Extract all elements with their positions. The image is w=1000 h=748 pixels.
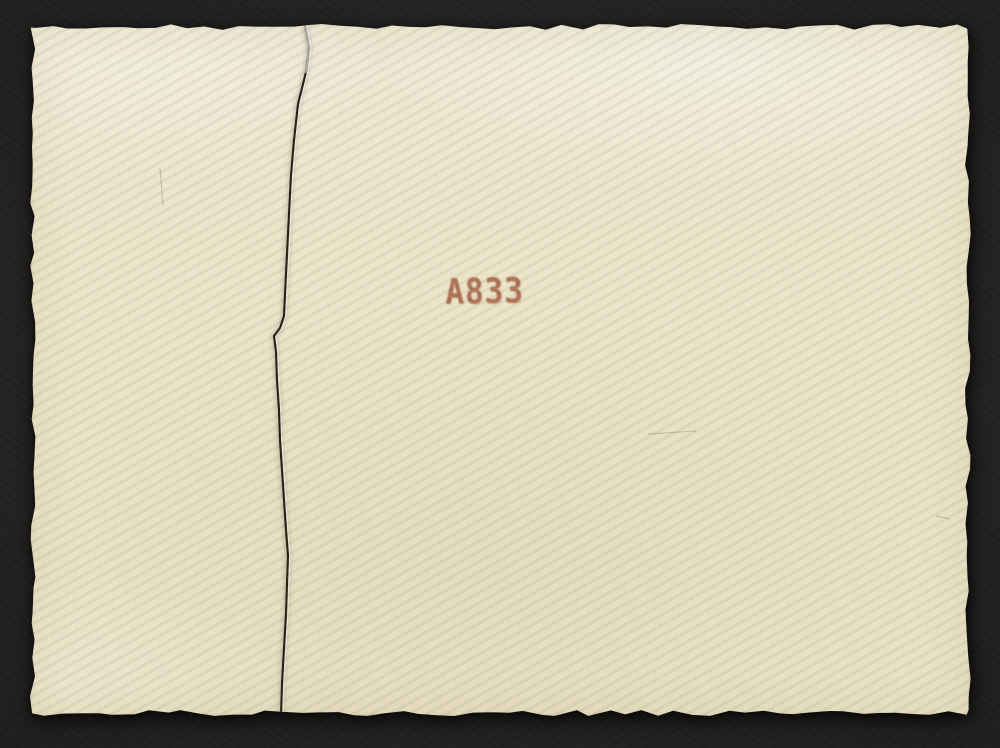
photo-paper-back: A833 xyxy=(30,24,971,716)
scratch-mark xyxy=(648,431,696,434)
scratch-mark xyxy=(160,168,163,205)
paper-tear-overlay xyxy=(30,24,971,716)
stamp-number: A833 xyxy=(445,274,524,311)
scratch-mark xyxy=(936,516,950,519)
photo-mount-background: A833 xyxy=(0,0,1000,748)
photo-paper-wrapper: A833 xyxy=(30,24,971,716)
tear-soft-shadow xyxy=(274,26,309,716)
scratch-marks xyxy=(160,168,950,519)
